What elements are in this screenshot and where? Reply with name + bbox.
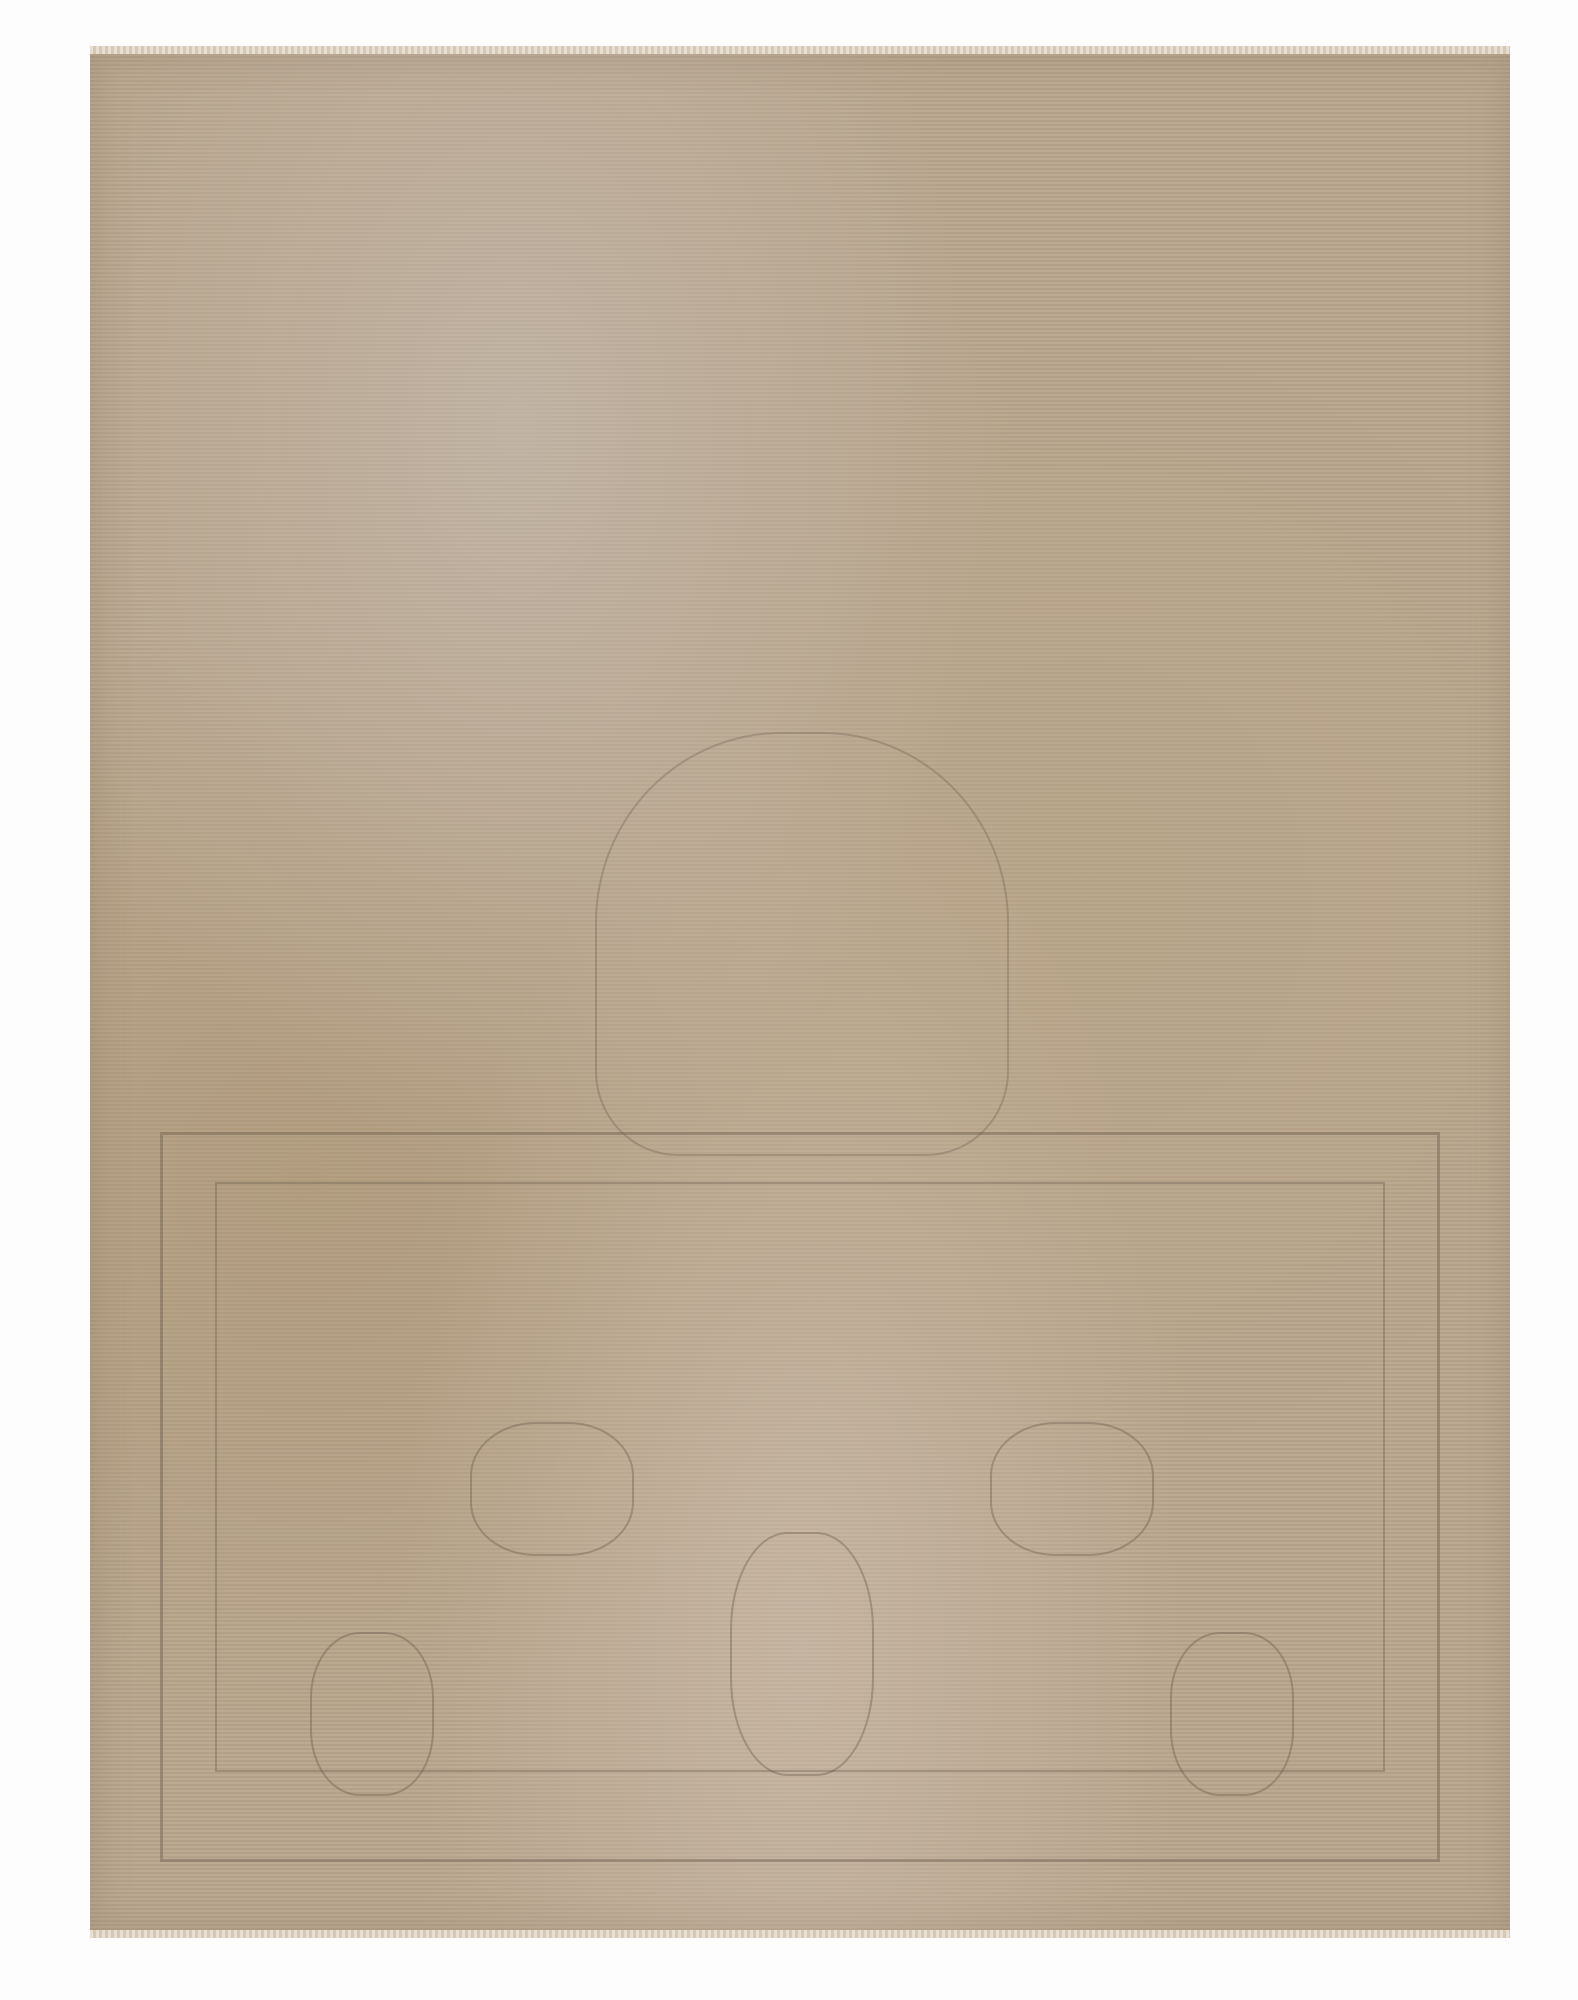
border-motif-lower-right	[1170, 1632, 1294, 1796]
border-motif-left	[470, 1422, 634, 1556]
bottom-fringe	[90, 1930, 1510, 1938]
border-motif-lower-left	[310, 1632, 434, 1796]
central-medallion	[595, 732, 1009, 1156]
border-motif-center	[730, 1532, 874, 1776]
border-motif-right	[990, 1422, 1154, 1556]
rug	[90, 52, 1510, 1932]
top-fringe	[90, 46, 1510, 54]
